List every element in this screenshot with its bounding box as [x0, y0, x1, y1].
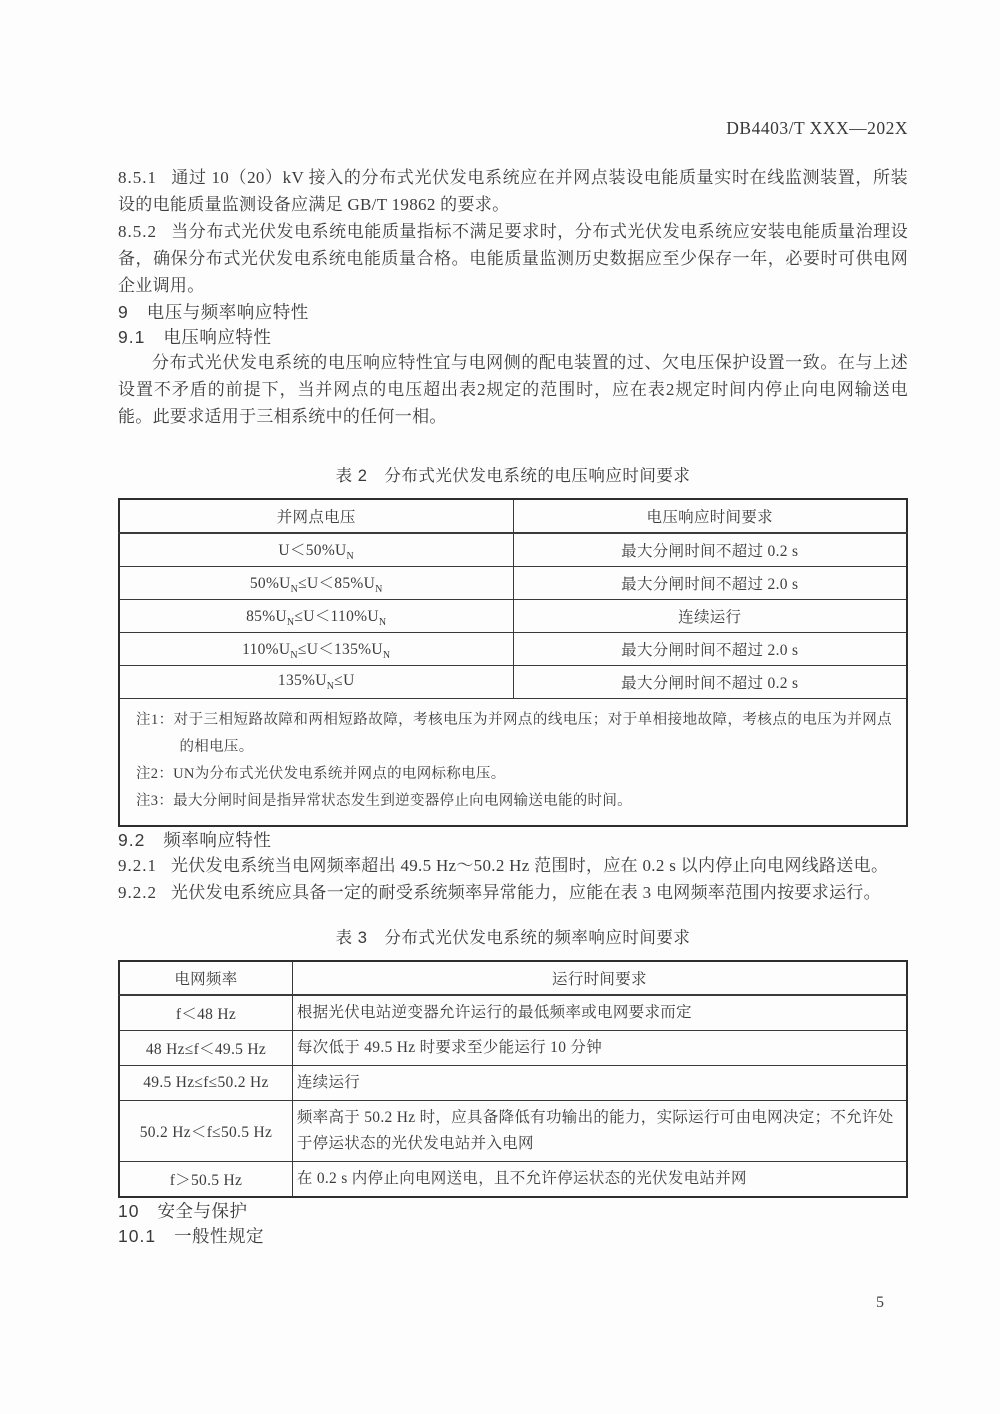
- note-2-text: UN为分布式光伏发电系统并网点的电网标称电压。: [173, 766, 505, 782]
- section-9-2-title: 频率响应特性: [163, 830, 271, 850]
- section-9-1-number: 9.1: [118, 327, 145, 347]
- section-9-number: 9: [118, 302, 129, 322]
- table-row: 50%UN≤U＜85%UN 最大分闸时间不超过 2.0 s: [119, 567, 907, 600]
- clause-8-5-1: 8.5.1通过 10（20）kV 接入的分布式光伏发电系统应在并网点装设电能质量…: [118, 164, 908, 218]
- table-2-header-row: 并网点电压 电压响应时间要求: [119, 499, 907, 533]
- frequency-range-cell: 50.2 Hz＜f≤50.5 Hz: [119, 1101, 292, 1162]
- clause-8-5-2-text: 当分布式光伏发电系统电能质量指标不满足要求时，分布式光伏发电系统应安装电能质量治…: [118, 222, 908, 295]
- table-2-voltage-response: 并网点电压 电压响应时间要求 U＜50%UN 最大分闸时间不超过 0.2 s 5…: [118, 498, 908, 827]
- section-10-1-title: 一般性规定: [174, 1226, 264, 1246]
- section-10-number: 10: [118, 1201, 139, 1221]
- runtime-requirement-cell: 频率高于 50.2 Hz 时，应具备降低有功输出的能力，实际运行可由电网决定；不…: [292, 1101, 907, 1162]
- section-10-1-number: 10.1: [118, 1226, 156, 1246]
- table-2-notes-row: 注1：对于三相短路故障和两相短路故障，考核电压为并网点的线电压；对于单相接地故障…: [119, 699, 907, 827]
- section-9-1-heading: 9.1电压响应特性: [118, 324, 908, 349]
- response-time-cell: 最大分闸时间不超过 2.0 s: [513, 567, 907, 600]
- page-number: 5: [876, 1294, 884, 1312]
- clause-9-2-2-text: 光伏发电系统应具备一定的耐受系统频率异常能力，应能在表 3 电网频率范围内按要求…: [171, 883, 881, 902]
- section-9-2-heading: 9.2频率响应特性: [118, 827, 908, 852]
- voltage-range-cell: 110%UN≤U＜135%UN: [119, 633, 513, 666]
- response-time-cell: 最大分闸时间不超过 2.0 s: [513, 633, 907, 666]
- table-3-frequency-response: 电网频率 运行时间要求 f＜48 Hz 根据光伏电站逆变器允许运行的最低频率或电…: [118, 960, 908, 1198]
- note-3: 注3：最大分闸时间是指异常状态发生到逆变器停止向电网输送电能的时间。: [136, 788, 892, 815]
- table-row: 48 Hz≤f＜49.5 Hz 每次低于 49.5 Hz 时要求至少能运行 10…: [119, 1031, 907, 1066]
- note-3-text: 最大分闸时间是指异常状态发生到逆变器停止向电网输送电能的时间。: [173, 793, 632, 809]
- voltage-range-cell: 50%UN≤U＜85%UN: [119, 567, 513, 600]
- response-time-cell: 最大分闸时间不超过 0.2 s: [513, 533, 907, 567]
- table-row: 110%UN≤U＜135%UN 最大分闸时间不超过 2.0 s: [119, 633, 907, 666]
- clause-9-2-2-number: 9.2.2: [118, 883, 157, 902]
- clause-9-2-1-number: 9.2.1: [118, 856, 157, 875]
- section-9-heading: 9电压与频率响应特性: [118, 299, 908, 324]
- frequency-range-cell: 49.5 Hz≤f≤50.2 Hz: [119, 1066, 292, 1101]
- table-row: 50.2 Hz＜f≤50.5 Hz 频率高于 50.2 Hz 时，应具备降低有功…: [119, 1101, 907, 1162]
- note-1: 注1：对于三相短路故障和两相短路故障，考核电压为并网点的线电压；对于单相接地故障…: [136, 707, 892, 761]
- section-10-heading: 10安全与保护: [118, 1198, 908, 1223]
- table-row: 49.5 Hz≤f≤50.2 Hz 连续运行: [119, 1066, 907, 1101]
- frequency-range-cell: f＜48 Hz: [119, 995, 292, 1031]
- note-3-label: 注3：: [136, 793, 173, 809]
- section-9-1-title: 电压响应特性: [163, 327, 271, 347]
- table-3-header-runtime: 运行时间要求: [292, 961, 907, 995]
- section-10-title: 安全与保护: [157, 1201, 247, 1221]
- clause-9-2-1: 9.2.1光伏发电系统当电网频率超出 49.5 Hz～50.2 Hz 范围时，应…: [118, 852, 908, 879]
- table-2-notes: 注1：对于三相短路故障和两相短路故障，考核电压为并网点的线电压；对于单相接地故障…: [119, 699, 907, 827]
- runtime-requirement-cell: 在 0.2 s 内停止向电网送电，且不允许停运状态的光伏发电站并网: [292, 1162, 907, 1198]
- document-header: DB4403/T XXX—202X: [118, 118, 908, 142]
- note-2-label: 注2：: [136, 766, 173, 782]
- note-1-text: 对于三相短路故障和两相短路故障，考核电压为并网点的线电压；对于单相接地故障，考核…: [174, 712, 892, 755]
- clause-8-5-2-number: 8.5.2: [118, 222, 157, 241]
- document-page: DB4403/T XXX—202X 8.5.1通过 10（20）kV 接入的分布…: [0, 0, 1000, 1414]
- response-time-cell: 连续运行: [513, 600, 907, 633]
- table-row: f＜48 Hz 根据光伏电站逆变器允许运行的最低频率或电网要求而定: [119, 995, 907, 1031]
- frequency-range-cell: f＞50.5 Hz: [119, 1162, 292, 1198]
- table-3-caption: 表 3 分布式光伏发电系统的频率响应时间要求: [118, 924, 908, 948]
- voltage-range-cell: 85%UN≤U＜110%UN: [119, 600, 513, 633]
- section-9-title: 电压与频率响应特性: [147, 302, 309, 322]
- frequency-range-cell: 48 Hz≤f＜49.5 Hz: [119, 1031, 292, 1066]
- table-3-header-row: 电网频率 运行时间要求: [119, 961, 907, 995]
- table-row: 85%UN≤U＜110%UN 连续运行: [119, 600, 907, 633]
- clause-9-2-1-text: 光伏发电系统当电网频率超出 49.5 Hz～50.2 Hz 范围时，应在 0.2…: [171, 856, 888, 875]
- clause-9-2-2: 9.2.2光伏发电系统应具备一定的耐受系统频率异常能力，应能在表 3 电网频率范…: [118, 879, 908, 906]
- runtime-requirement-cell: 连续运行: [292, 1066, 907, 1101]
- clause-8-5-1-number: 8.5.1: [118, 168, 157, 187]
- section-10-1-heading: 10.1一般性规定: [118, 1223, 908, 1248]
- table-3-header-frequency: 电网频率: [119, 961, 292, 995]
- table-2-header-time: 电压响应时间要求: [513, 499, 907, 533]
- standard-number: DB4403/T XXX—202X: [726, 118, 908, 138]
- runtime-requirement-cell: 根据光伏电站逆变器允许运行的最低频率或电网要求而定: [292, 995, 907, 1031]
- clause-8-5-1-text: 通过 10（20）kV 接入的分布式光伏发电系统应在并网点装设电能质量实时在线监…: [118, 168, 908, 214]
- table-2-caption: 表 2 分布式光伏发电系统的电压响应时间要求: [118, 462, 908, 486]
- paragraph-9-1: 分布式光伏发电系统的电压响应特性宜与电网侧的配电装置的过、欠电压保护设置一致。在…: [118, 349, 908, 430]
- runtime-requirement-cell: 每次低于 49.5 Hz 时要求至少能运行 10 分钟: [292, 1031, 907, 1066]
- voltage-range-cell: U＜50%UN: [119, 533, 513, 567]
- table-2-header-voltage: 并网点电压: [119, 499, 513, 533]
- note-2: 注2：UN为分布式光伏发电系统并网点的电网标称电压。: [136, 761, 892, 788]
- section-9-2-number: 9.2: [118, 830, 145, 850]
- response-time-cell: 最大分闸时间不超过 0.2 s: [513, 666, 907, 699]
- table-row: 135%UN≤U 最大分闸时间不超过 0.2 s: [119, 666, 907, 699]
- note-1-label: 注1：: [136, 712, 174, 728]
- table-row: U＜50%UN 最大分闸时间不超过 0.2 s: [119, 533, 907, 567]
- table-row: f＞50.5 Hz 在 0.2 s 内停止向电网送电，且不允许停运状态的光伏发电…: [119, 1162, 907, 1198]
- clause-8-5-2: 8.5.2当分布式光伏发电系统电能质量指标不满足要求时，分布式光伏发电系统应安装…: [118, 218, 908, 299]
- voltage-range-cell: 135%UN≤U: [119, 666, 513, 699]
